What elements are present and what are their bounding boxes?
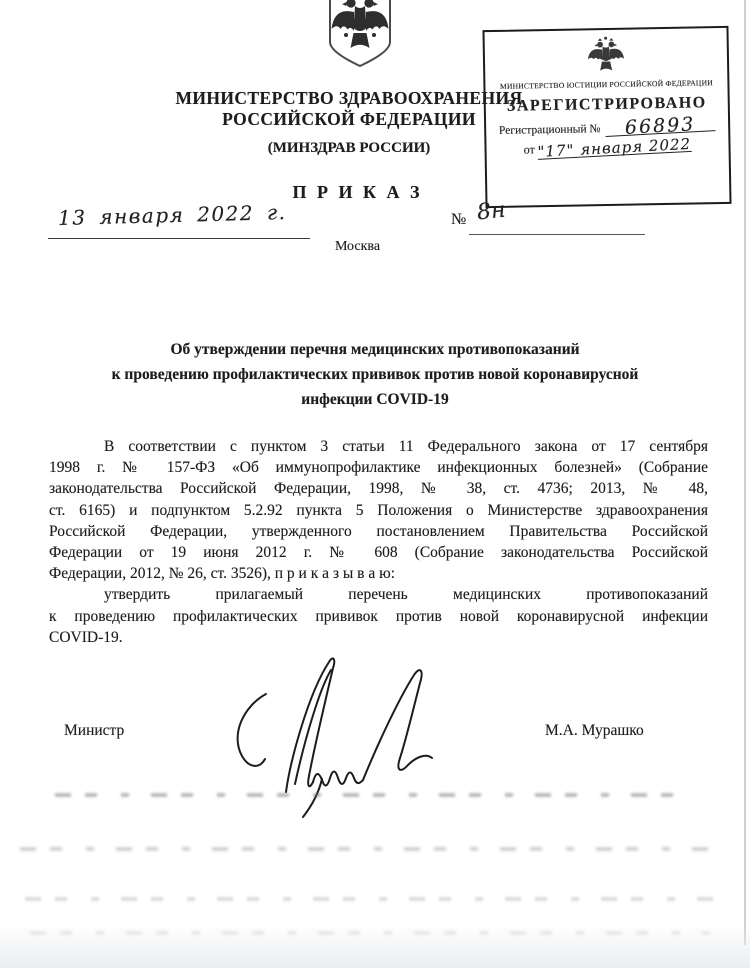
stamp-date-row: от "17" января 2022: [524, 140, 692, 158]
stamp-date-value: "17" января 2022: [538, 138, 692, 160]
body-line: ст. 6165) и подпунктом 5.2.92 пункта 5 П…: [49, 500, 708, 521]
bleed-through-line: [25, 897, 715, 901]
page-bottom-fade: [0, 923, 750, 968]
city-label: Москва: [205, 239, 510, 255]
document-title-line1: Об утверждении перечня медицинских проти…: [40, 337, 710, 362]
stamp-authority-label: МИНИСТЕРСТВО ЮСТИЦИИ РОССИЙСКОЙ ФЕДЕРАЦИ…: [500, 78, 713, 91]
stamp-registration-number-value: 66893: [605, 116, 716, 137]
document-title-line3: инфекции COVID-19: [40, 387, 710, 412]
body-line: Федерации от 19 июня 2012 г. № 608 (Собр…: [49, 542, 708, 563]
signer-name-label: М.А. Мурашко: [545, 722, 644, 740]
document-page: МИНИСТЕРСТВО ЗДРАВООХРАНЕНИЯ РОССИЙСКОЙ …: [0, 0, 750, 968]
order-date-handwritten: 13 января 2022 г.: [58, 200, 287, 230]
page-edge-line: [744, 0, 746, 945]
minister-signature: [228, 652, 438, 827]
body-line: Российской Федерации, утвержденного пост…: [49, 521, 708, 542]
body-line: к проведению профилактических прививок п…: [49, 606, 708, 627]
order-number-handwritten: 8н: [476, 198, 507, 226]
body-line: законодательства Российской Федерации, 1…: [49, 478, 708, 499]
registration-stamp: МИНИСТЕРСТВО ЮСТИЦИИ РОССИЙСКОЙ ФЕДЕРАЦИ…: [482, 26, 731, 208]
body-line: COVID-19.: [49, 627, 708, 648]
body-line: Федерации, 2012, № 26, ст. 3526), п р и …: [49, 563, 708, 584]
body-line: В соответствии с пунктом 3 статьи 11 Фед…: [49, 436, 708, 457]
body-line: 1998 г. № 157-ФЗ «Об иммунопрофилактике …: [49, 457, 708, 478]
document-title-line2: к проведению профилактических прививок п…: [40, 362, 710, 387]
stamp-registration-number-row: Регистрационный № 66893: [499, 118, 716, 137]
order-number-label: №: [451, 211, 466, 229]
document-title: Об утверждении перечня медицинских проти…: [40, 337, 710, 412]
order-number-underline: [469, 234, 645, 235]
stamp-registered-label: ЗАРЕГИСТРИРОВАНО: [507, 94, 707, 115]
document-body: В соответствии с пунктом 3 статьи 11 Фед…: [49, 436, 708, 648]
bleed-through-line: [20, 847, 720, 851]
signer-position-label: Министр: [64, 722, 124, 740]
stamp-date-label: от: [524, 142, 535, 157]
stamp-eagle-icon: [581, 35, 632, 79]
body-line: утвердить прилагаемый перечень медицинск…: [49, 584, 708, 605]
order-heading: П Р И К А З: [205, 182, 510, 203]
stamp-registration-number-label: Регистрационный №: [499, 123, 601, 137]
bleed-through-line: [55, 793, 695, 797]
coat-of-arms-icon: [325, 0, 395, 76]
